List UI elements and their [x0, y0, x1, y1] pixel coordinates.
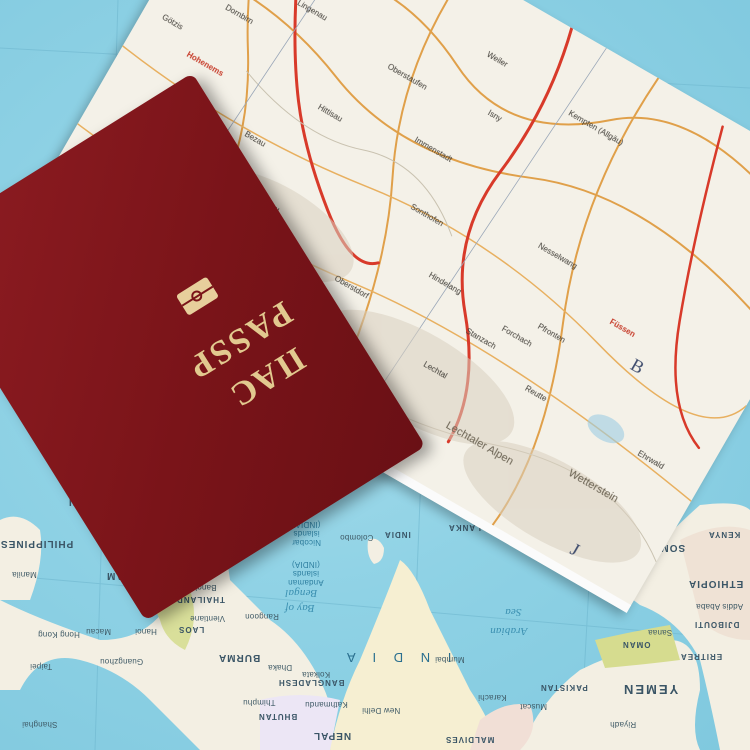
city-label-kathmandu: Kathmandu: [305, 700, 348, 709]
sea-label-bengal: Bengal: [285, 587, 317, 599]
country-label-ethiopia: ETHIOPIA: [688, 578, 743, 589]
island-label-andaman: Andaman islands (INDIA): [288, 560, 324, 587]
city-label-taipei: Taipei: [30, 662, 52, 671]
country-label-eritrea: ERITREA: [680, 652, 722, 661]
country-label-djibouti: DJIBOUTI: [694, 620, 739, 629]
island-name: Nicobar: [292, 538, 321, 547]
city-label-rangoon: Rangoon: [245, 612, 279, 621]
city-label-guangzhou: Guangzhou: [100, 657, 143, 666]
city-label-mumbai: Mumbai: [435, 655, 465, 664]
country-label-yemen: OMAN: [622, 640, 650, 649]
country-label-oman: PAKISTAN: [540, 683, 588, 692]
country-label-philippines: PHILIPPINES: [0, 538, 73, 549]
city-label-hong-kong: Hong Kong: [38, 630, 80, 639]
photo-scene: INDIAN EAN Arabian Sea Bay of Bengal I N…: [0, 0, 750, 750]
city-label-new-delhi: New Delhi: [362, 706, 400, 715]
city-label-dhaka: Dhaka: [268, 663, 292, 672]
island-sub: islands: [288, 569, 324, 578]
island-owner: (INDIA): [288, 560, 324, 569]
country-label-nepal: NEPAL: [313, 730, 351, 741]
city-label-colombo: Colombo: [340, 533, 373, 542]
country-label-sri-lanka: INDIA: [384, 530, 411, 539]
country-label-bhutan: BHUTAN: [258, 712, 297, 721]
city-label-vientiane: Vientiane: [190, 614, 225, 623]
sea-label-sea: Sea: [505, 606, 521, 618]
sri-lanka-landmass: [368, 539, 384, 564]
country-label-saudi-arabia: YEMEN: [622, 682, 678, 697]
city-label-hanoi: Hanoi: [135, 627, 157, 636]
philippines-landmass: [0, 517, 41, 600]
city-label-manila: Manila: [12, 570, 37, 579]
island-sub: islands: [292, 529, 321, 538]
country-label-bangladesh: BANGLADESH: [278, 678, 344, 687]
sea-label-arabian: Arabian: [490, 625, 527, 637]
city-label-shanghai: Shanghai: [22, 720, 57, 729]
city-label-muscat: Muscat: [520, 702, 547, 711]
island-name: Andaman: [288, 578, 324, 587]
city-label-sanaa: Sanaa: [648, 628, 672, 637]
city-label-karachi: Karachi: [478, 693, 507, 702]
country-label-pakistan: MALDIVES: [445, 735, 494, 744]
city-label-kolkata: Kolkata: [302, 670, 330, 679]
biometric-chip-icon: [176, 276, 219, 315]
sea-label-bay-of: Bay of: [285, 602, 315, 614]
country-label-kenya: KENYA: [708, 530, 740, 539]
city-label-thimphu: Thimphu: [243, 698, 276, 707]
country-label-burma: BURMA: [218, 652, 260, 663]
city-label-riyadh: Riyadh: [610, 720, 636, 729]
city-label-macau: Macau: [86, 627, 111, 636]
city-label-addis-ababa: Addis Ababa: [696, 602, 743, 611]
country-label-laos: LAOS: [178, 625, 204, 634]
